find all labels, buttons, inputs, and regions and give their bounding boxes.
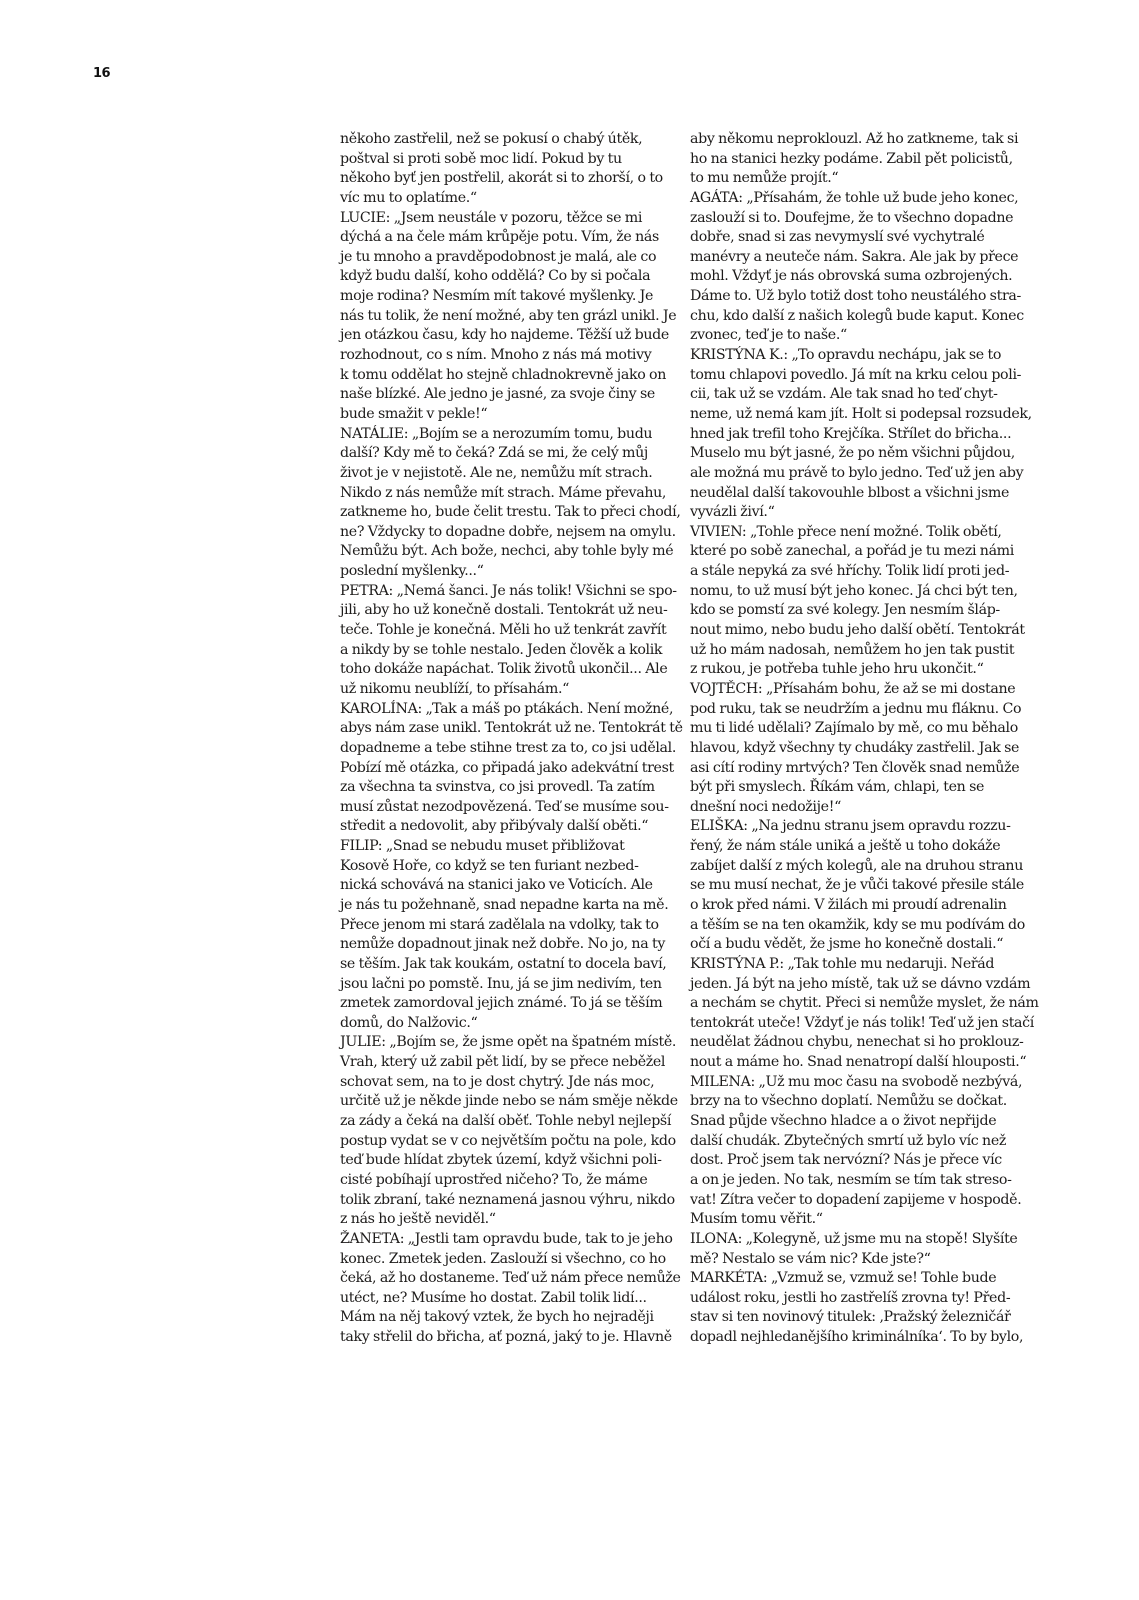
text-line: někoho byť jen postřelil, akorát si to z… xyxy=(340,169,690,189)
text-line: PETRA: „Nemá šanci. Je nás tolik! Všichn… xyxy=(340,582,690,602)
text-line: které po sobě zanechal, a pořád je tu me… xyxy=(690,542,1040,562)
text-line: Snad půjde všechno hladce a o život nepř… xyxy=(690,1112,1040,1132)
text-line: vyvázli živí.“ xyxy=(690,503,1040,523)
text-line: abys nám zase unikl. Tentokrát už ne. Te… xyxy=(340,719,690,739)
text-line: zvonec, teď je to naše.“ xyxy=(690,326,1040,346)
text-line: už nikomu neublíží, to přísahám.“ xyxy=(340,680,690,700)
text-line: když budu další, koho oddělá? Co by si p… xyxy=(340,267,690,287)
text-line: rozhodnout, co s ním. Mnoho z nás má mot… xyxy=(340,346,690,366)
page-number: 16 xyxy=(93,66,110,81)
text-line: a stále nepyká za své hříchy. Tolik lidí… xyxy=(690,562,1040,582)
text-line: domů, do Nalžovic.“ xyxy=(340,1014,690,1034)
text-line: dopadneme a tebe stihne trest za to, co … xyxy=(340,739,690,759)
text-line: ale možná mu právě to bylo jedno. Teď už… xyxy=(690,464,1040,484)
text-line: nout a máme ho. Snad nenatropí další hlo… xyxy=(690,1053,1040,1073)
text-line: Mám na něj takový vztek, že bych ho nejr… xyxy=(340,1308,690,1328)
text-line: nomu, to už musí být jeho konec. Já chci… xyxy=(690,582,1040,602)
text-line: k tomu oddělat ho stejně chladnokrevně j… xyxy=(340,366,690,386)
text-line: teče. Tohle je konečná. Měli ho už tenkr… xyxy=(340,621,690,641)
text-line: hned jak trefil toho Krejčíka. Střílet d… xyxy=(690,425,1040,445)
text-line: konec. Zmetek jeden. Zaslouží si všechno… xyxy=(340,1250,690,1270)
text-line: Dáme to. Už bylo totiž dost toho neustál… xyxy=(690,287,1040,307)
text-line: jili, aby ho už konečně dostali. Tentokr… xyxy=(340,601,690,621)
text-line: AGÁTA: „Přísahám, že tohle už bude jeho … xyxy=(690,189,1040,209)
text-line: určitě už je někde jinde nebo se nám smě… xyxy=(340,1092,690,1112)
text-line: naše blízké. Ale jedno je jasné, za svoj… xyxy=(340,385,690,405)
text-line: nická schovává na stanici jako ve Voticí… xyxy=(340,876,690,896)
text-line: hlavou, když všechny ty chudáky zastřeli… xyxy=(690,739,1040,759)
text-line: řený, že nám stále uniká a ještě u toho … xyxy=(690,837,1040,857)
text-line: dobře, snad si zas nevymyslí své vychytr… xyxy=(690,228,1040,248)
text-line: manévry a neuteče nám. Sakra. Ale jak by… xyxy=(690,248,1040,268)
text-line: NATÁLIE: „Bojím se a nerozumím tomu, bud… xyxy=(340,425,690,445)
text-line: ILONA: „Kolegyně, už jsme mu na stopě! S… xyxy=(690,1230,1040,1250)
text-line: a on je jeden. No tak, nesmím se tím tak… xyxy=(690,1171,1040,1191)
text-line: pod ruku, tak se neudržím a jednu mu flá… xyxy=(690,700,1040,720)
text-line: a těším se na ten okamžik, kdy se mu pod… xyxy=(690,916,1040,936)
text-line: mě? Nestalo se vám nic? Kde jste?“ xyxy=(690,1250,1040,1270)
text-line: událost roku, jestli ho zastřelíš zrovna… xyxy=(690,1289,1040,1309)
text-line: KRISTÝNA K.: „To opravdu nechápu, jak se… xyxy=(690,346,1040,366)
text-line: Muselo mu být jasné, že po něm všichni p… xyxy=(690,444,1040,464)
text-line: schovat sem, na to je dost chytrý. Jde n… xyxy=(340,1073,690,1093)
text-line: aby někomu neproklouzl. Až ho zatkneme, … xyxy=(690,130,1040,150)
text-line: cisté pobíhají uprostřed ničeho? To, že … xyxy=(340,1171,690,1191)
text-line: Kosově Hoře, co když se ten furiant nezb… xyxy=(340,857,690,877)
text-line: toho dokáže napáchat. Tolik životů ukonč… xyxy=(340,660,690,680)
text-line: dost. Proč jsem tak nervózní? Nás je pře… xyxy=(690,1151,1040,1171)
text-line: vat! Zítra večer to dopadení zapijeme v … xyxy=(690,1191,1040,1211)
text-line: cii, tak už se vzdám. Ale tak snad ho te… xyxy=(690,385,1040,405)
text-column-right: aby někomu neproklouzl. Až ho zatkneme, … xyxy=(690,130,1040,1348)
text-line: KRISTÝNA P.: „Tak tohle mu nedaruji. Neř… xyxy=(690,955,1040,975)
text-line: tolik zbraní, také neznamená jasnou výhr… xyxy=(340,1191,690,1211)
text-line: nemůže dopadnout jinak než dobře. No jo,… xyxy=(340,935,690,955)
text-line: Nikdo z nás nemůže mít strach. Máme přev… xyxy=(340,484,690,504)
text-line: je tu mnoho a pravděpodobnost je malá, a… xyxy=(340,248,690,268)
text-line: musí zůstat nezodpovězená. Teď se musíme… xyxy=(340,798,690,818)
text-line: teď bude hlídat zbytek území, když všich… xyxy=(340,1151,690,1171)
text-line: asi cítí rodiny mrtvých? Ten člověk snad… xyxy=(690,759,1040,779)
text-line: bude smažit v pekle!“ xyxy=(340,405,690,425)
text-line: tentokrát uteče! Vždyť je nás tolik! Teď… xyxy=(690,1014,1040,1034)
text-line: neme, už nemá kam jít. Holt si podepsal … xyxy=(690,405,1040,425)
text-line: je nás tu požehnaně, snad nepadne karta … xyxy=(340,896,690,916)
text-line: kdo se pomstí za své kolegy. Jen nesmím … xyxy=(690,601,1040,621)
text-line: čeká, až ho dostaneme. Teď už nám přece … xyxy=(340,1269,690,1289)
text-line: poštval si proti sobě moc lidí. Pokud by… xyxy=(340,150,690,170)
text-line: dýchá a na čele mám krůpěje potu. Vím, ž… xyxy=(340,228,690,248)
text-line: utéct, ne? Musíme ho dostat. Zabil tolik… xyxy=(340,1289,690,1309)
text-line: z rukou, je potřeba tuhle jeho hru ukonč… xyxy=(690,660,1040,680)
text-line: jen otázkou času, kdy ho najdeme. Těžší … xyxy=(340,326,690,346)
text-line: Musím tomu věřit.“ xyxy=(690,1210,1040,1230)
text-line: nout mimo, nebo budu jeho další obětí. T… xyxy=(690,621,1040,641)
text-line: chu, kdo další z našich kolegů bude kapu… xyxy=(690,307,1040,327)
text-line: to mu nemůže projít.“ xyxy=(690,169,1040,189)
text-line: KAROLÍNA: „Tak a máš po ptákách. Není mo… xyxy=(340,700,690,720)
text-line: se těším. Jak tak koukám, ostatní to doc… xyxy=(340,955,690,975)
text-line: LUCIE: „Jsem neustále v pozoru, těžce se… xyxy=(340,209,690,229)
text-line: a nikdy by se tohle nestalo. Jeden člově… xyxy=(340,641,690,661)
text-line: ŽANETA: „Jestli tam opravdu bude, tak to… xyxy=(340,1230,690,1250)
text-line: o krok před námi. V žilách mi proudí adr… xyxy=(690,896,1040,916)
text-line: zatkneme ho, bude čelit trestu. Tak to p… xyxy=(340,503,690,523)
text-line: někoho zastřelil, než se pokusí o chabý … xyxy=(340,130,690,150)
text-line: MARKÉTA: „Vzmuž se, vzmuž se! Tohle bude xyxy=(690,1269,1040,1289)
text-line: ho na stanici hezky podáme. Zabil pět po… xyxy=(690,150,1040,170)
text-line: postup vydat se v co největším počtu na … xyxy=(340,1132,690,1152)
text-line: zaslouží si to. Doufejme, že to všechno … xyxy=(690,209,1040,229)
text-line: zabíjet další z mých kolegů, ale na druh… xyxy=(690,857,1040,877)
text-column-left: někoho zastřelil, než se pokusí o chabý … xyxy=(340,130,690,1348)
text-line: neudělal další takovouhle blbost a všich… xyxy=(690,484,1040,504)
text-line: život je v nejistotě. Ale ne, nemůžu mít… xyxy=(340,464,690,484)
text-line: už ho mám nadosah, nemůžem ho jen tak pu… xyxy=(690,641,1040,661)
text-line: Přece jenom mi stará zadělala na vdolky,… xyxy=(340,916,690,936)
text-line: víc mu to oplatíme.“ xyxy=(340,189,690,209)
text-line: dopadl nejhledanějšího kriminálníka‘. To… xyxy=(690,1328,1040,1348)
text-line: zmetek zamordoval jejich známé. To já se… xyxy=(340,994,690,1014)
text-line: VOJTĚCH: „Přísahám bohu, že až se mi dos… xyxy=(690,680,1040,700)
text-line: a nechám se chytit. Přeci si nemůže mysl… xyxy=(690,994,1040,1014)
text-line: poslední myšlenky...“ xyxy=(340,562,690,582)
text-line: JULIE: „Bojím se, že jsme opět na špatné… xyxy=(340,1033,690,1053)
text-line: se mu musí nechat, že je vůči takové pře… xyxy=(690,876,1040,896)
text-line: moje rodina? Nesmím mít takové myšlenky.… xyxy=(340,287,690,307)
text-line: středit a nedovolit, aby přibývaly další… xyxy=(340,817,690,837)
text-line: MILENA: „Už mu moc času na svobodě nezbý… xyxy=(690,1073,1040,1093)
text-line: nás tu tolik, že není možné, aby ten grá… xyxy=(340,307,690,327)
text-line: VIVIEN: „Tohle přece není možné. Tolik o… xyxy=(690,523,1040,543)
text-line: jsou lačni po pomstě. Inu, já se jim ned… xyxy=(340,975,690,995)
text-line: očí a budu vědět, že jsme ho konečně dos… xyxy=(690,935,1040,955)
text-line: Pobízí mě otázka, co připadá jako adekvá… xyxy=(340,759,690,779)
text-line: stav si ten novinový titulek: ‚Pražský ž… xyxy=(690,1308,1040,1328)
text-line: za zády a čeká na další oběť. Tohle neby… xyxy=(340,1112,690,1132)
text-line: Nemůžu být. Ach bože, nechci, aby tohle … xyxy=(340,542,690,562)
text-line: být při smyslech. Říkám vám, chlapi, ten… xyxy=(690,778,1040,798)
text-line: brzy na to všechno doplatí. Nemůžu se do… xyxy=(690,1092,1040,1112)
text-line: další chudák. Zbytečných smrtí už bylo v… xyxy=(690,1132,1040,1152)
text-line: mu ti lidé udělali? Zajímalo by mě, co m… xyxy=(690,719,1040,739)
text-line: z nás ho ještě neviděl.“ xyxy=(340,1210,690,1230)
text-line: jeden. Já být na jeho místě, tak už se d… xyxy=(690,975,1040,995)
text-line: mohl. Vždyť je nás obrovská suma ozbroje… xyxy=(690,267,1040,287)
text-line: FILIP: „Snad se nebudu muset přibližovat xyxy=(340,837,690,857)
text-line: Vrah, který už zabil pět lidí, by se pře… xyxy=(340,1053,690,1073)
text-line: taky střelil do břicha, ať pozná, jaký t… xyxy=(340,1328,690,1348)
text-line: ELIŠKA: „Na jednu stranu jsem opravdu ro… xyxy=(690,817,1040,837)
text-line: ne? Vždycky to dopadne dobře, nejsem na … xyxy=(340,523,690,543)
text-line: dnešní noci nedožije!“ xyxy=(690,798,1040,818)
text-line: další? Kdy mě to čeká? Zdá se mi, že cel… xyxy=(340,444,690,464)
text-line: neudělat žádnou chybu, nenechat si ho pr… xyxy=(690,1033,1040,1053)
text-line: tomu chlapovi povedlo. Já mít na krku ce… xyxy=(690,366,1040,386)
text-line: za všechna ta svinstva, co jsi provedl. … xyxy=(340,778,690,798)
